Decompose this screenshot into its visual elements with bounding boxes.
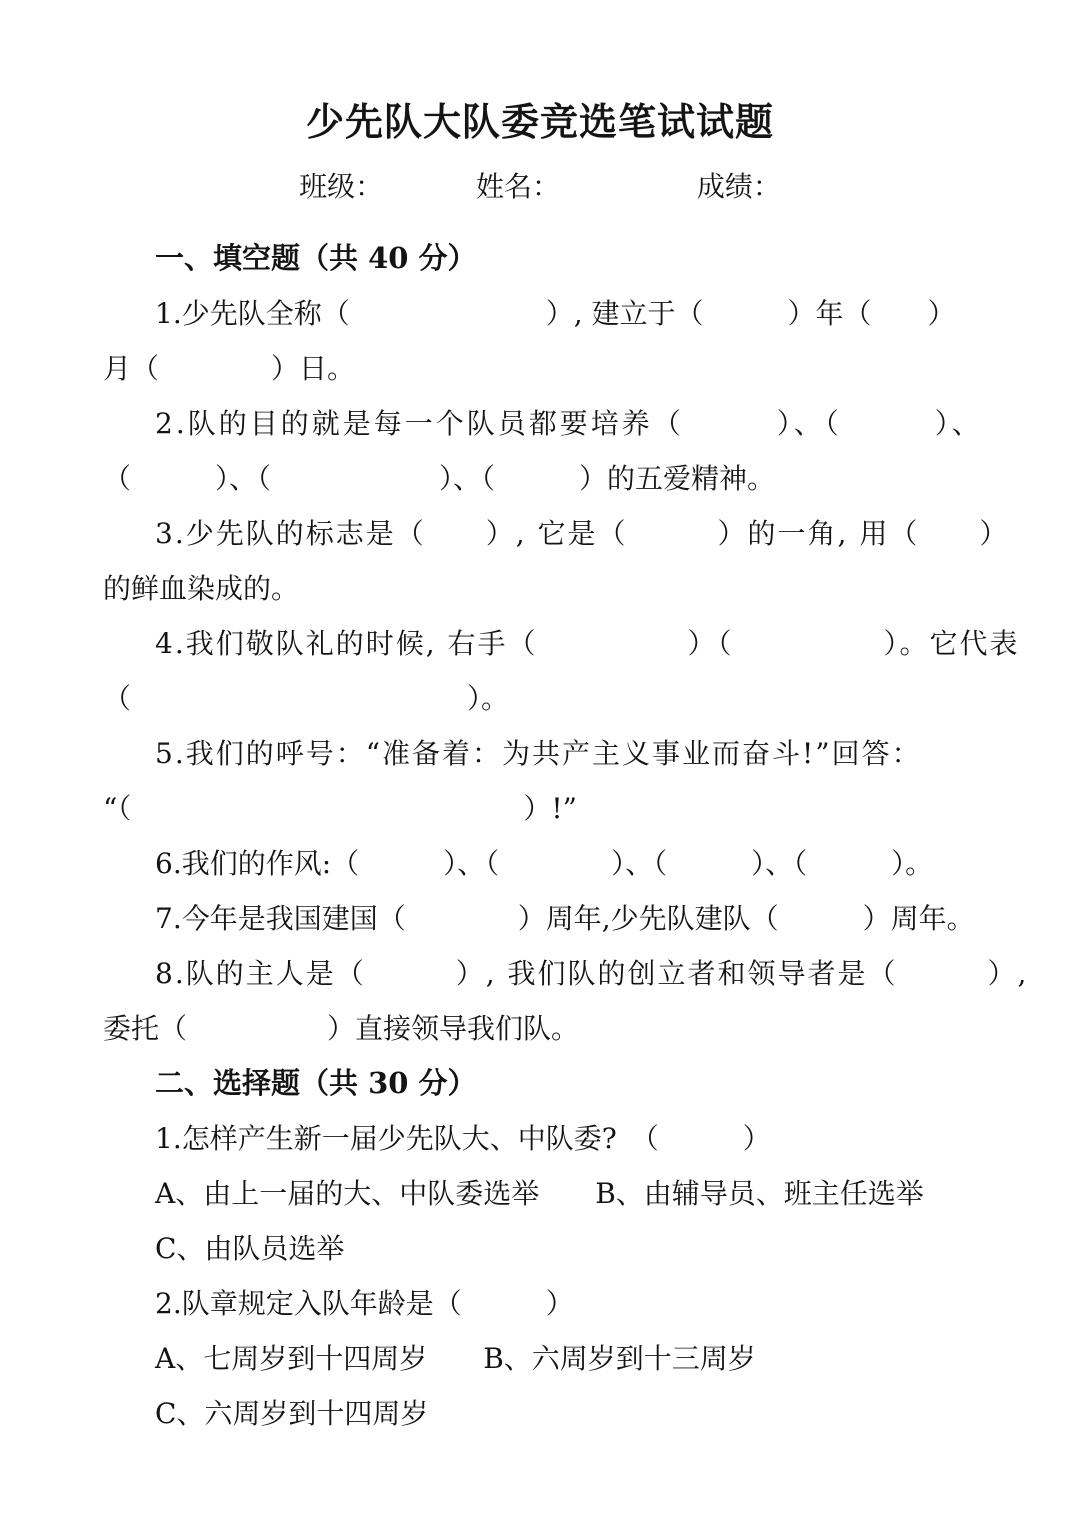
s1-q2-line1: 2.队的目的就是每一个队员都要培养（ ）、（ ）、 xyxy=(103,396,1020,451)
s1-q4-line1: 4.我们敬队礼的时候, 右手（ ）（ ）。它代表 xyxy=(103,616,1020,671)
s2-q1-option-c: C、由队员选举 xyxy=(103,1221,1020,1276)
s2-q2-options-ab: A、七周岁到十四周岁 B、六周岁到十三周岁 xyxy=(103,1331,1020,1386)
s1-q3-line2: 的鲜血染成的。 xyxy=(103,561,1020,616)
s1-q7-line: 7.今年是我国建国（ ）周年,少先队建队（ ）周年。 xyxy=(103,891,1020,946)
s1-q5-line1: 5.我们的呼号：“准备着：为共产主义事业而奋斗!”回答： xyxy=(103,726,1020,781)
s1-q8-line2: 委托（ ）直接领导我们队。 xyxy=(103,1001,1020,1056)
section2-heading: 二、选择题（共 30 分） xyxy=(103,1056,1020,1111)
exam-paper-page: 少先队大队委竞选笔试试题 班级： 姓名： 成绩： 一、填空题（共 40 分） 1… xyxy=(0,0,1080,1527)
score-label: 成绩： xyxy=(697,170,781,203)
s2-q1-options-ab: A、由上一届的大、中队委选举 B、由辅导员、班主任选举 xyxy=(103,1166,1020,1221)
s1-q6-line: 6.我们的作风:（ ）、（ ）、（ ）、（ ）。 xyxy=(103,836,1020,891)
name-label: 姓名： xyxy=(476,170,560,203)
s1-q1-line2: 月（ ）日。 xyxy=(103,341,1020,396)
page-title: 少先队大队委竞选笔试试题 xyxy=(0,0,1080,144)
s1-q8-line1: 8.队的主人是（ ）, 我们队的创立者和领导者是（ ）, xyxy=(103,946,1020,1001)
student-info-line: 班级： 姓名： 成绩： xyxy=(0,170,1080,204)
section1-heading: 一、填空题（共 40 分） xyxy=(103,231,1020,286)
s2-q2-line: 2.队章规定入队年龄是（ ） xyxy=(103,1276,1020,1331)
s1-q1-line1: 1.少先队全称（ ）, 建立于（ ）年（ ） xyxy=(103,286,1020,341)
exam-body: 一、填空题（共 40 分） 1.少先队全称（ ）, 建立于（ ）年（ ） 月（ … xyxy=(0,231,1080,1441)
s1-q2-line2: （ ）、（ ）、（ ）的五爱精神。 xyxy=(103,451,1020,506)
s2-q2-option-c: C、六周岁到十四周岁 xyxy=(103,1386,1020,1441)
class-label: 班级： xyxy=(299,170,383,203)
s2-q1-line: 1.怎样产生新一届少先队大、中队委? （ ） xyxy=(103,1111,1020,1166)
s1-q4-line2: （ ）。 xyxy=(103,671,1020,726)
s1-q5-line2: “（ ）!” xyxy=(103,781,1020,836)
s1-q3-line1: 3.少先队的标志是（ ）, 它是（ ）的一角, 用（ ） xyxy=(103,506,1020,561)
